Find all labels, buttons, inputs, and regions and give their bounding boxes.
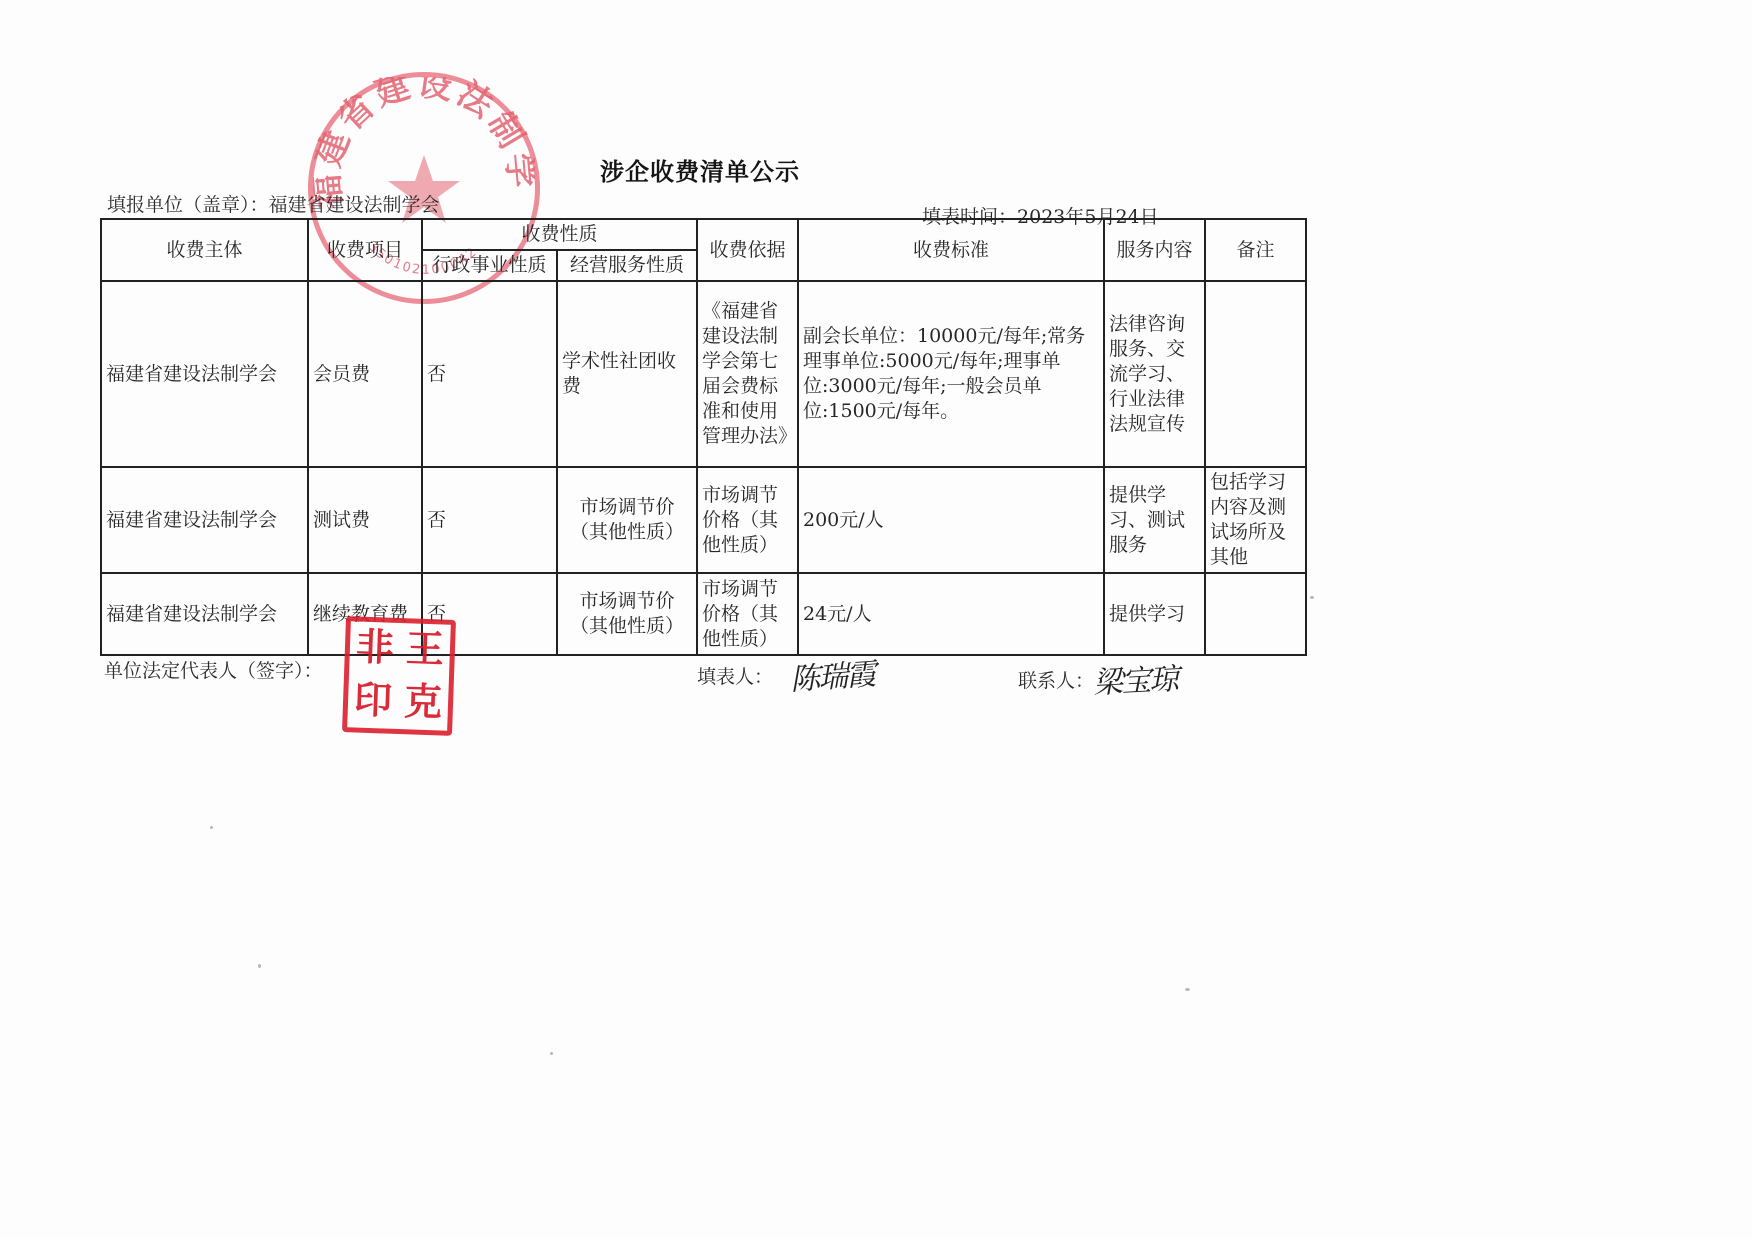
scan-speck [1310, 596, 1314, 599]
cell-basis: 市场调节价格（其他性质） [697, 467, 798, 573]
seal-char: 克 [397, 676, 449, 731]
header-item: 收费项目 [308, 219, 422, 281]
document-title: 涉企收费清单公示 [600, 152, 800, 187]
cell-standard: 24元/人 [798, 573, 1104, 655]
fee-list-table: 收费主体 收费项目 收费性质 收费依据 收费标准 服务内容 备注 行政事业性质 … [100, 218, 1307, 656]
header-service: 服务内容 [1104, 219, 1205, 281]
reporting-unit-label: 填报单位（盖章）： [107, 194, 269, 216]
cell-standard: 200元/人 [798, 467, 1104, 573]
scan-speck [1185, 988, 1190, 991]
cell-subject: 福建省建设法制学会 [101, 467, 308, 573]
header-remarks: 备注 [1205, 219, 1306, 281]
header-basis: 收费依据 [697, 219, 798, 281]
cell-remarks: 包括学习内容及测试场所及其他 [1205, 467, 1306, 573]
cell-basis: 市场调节价格（其他性质） [697, 573, 798, 655]
header-standard: 收费标准 [798, 219, 1104, 281]
cell-nature-admin: 否 [422, 467, 557, 573]
contact-label: 联系人： [1018, 666, 1094, 693]
cell-subject: 福建省建设法制学会 [101, 573, 308, 655]
legal-representative-label: 单位法定代表人（签字）： [104, 656, 323, 683]
reporting-unit-value: 福建省建设法制学会 [269, 194, 440, 216]
cell-item: 继续教育费 [308, 573, 422, 655]
header-nature: 收费性质 [422, 219, 697, 250]
scan-speck [258, 964, 261, 968]
table-row: 福建省建设法制学会 继续教育费 否 市场调节价（其他性质） 市场调节价格（其他性… [101, 573, 1306, 655]
filler-signature: 陈瑞霞 [789, 649, 876, 699]
cell-service: 提供学习、测试服务 [1104, 467, 1205, 573]
seal-char: 印 [347, 674, 399, 729]
cell-service: 法律咨询服务、交流学习、行业法律法规宣传 [1104, 281, 1205, 467]
table-row: 福建省建设法制学会 会员费 否 学术性社团收费 《福建省建设法制学会第七届会费标… [101, 281, 1306, 467]
scan-speck [550, 1052, 553, 1055]
reporting-unit: 填报单位（盖章）：福建省建设法制学会 [107, 190, 440, 217]
header-nature-admin: 行政事业性质 [422, 250, 557, 281]
cell-nature-admin: 否 [422, 281, 557, 467]
header-subject: 收费主体 [101, 219, 308, 281]
cell-remarks [1205, 281, 1306, 467]
cell-subject: 福建省建设法制学会 [101, 281, 308, 467]
cell-nature-business: 市场调节价（其他性质） [557, 467, 697, 573]
contact-signature: 梁宝琼 [1092, 654, 1178, 702]
cell-nature-business: 市场调节价（其他性质） [557, 573, 697, 655]
cell-item: 测试费 [308, 467, 422, 573]
filler-label: 填表人： [697, 662, 773, 689]
cell-item: 会员费 [308, 281, 422, 467]
cell-standard: 副会长单位：10000元/每年;常务理事单位:5000元/每年;理事单位:300… [798, 281, 1104, 467]
cell-service: 提供学习 [1104, 573, 1205, 655]
cell-remarks [1205, 573, 1306, 655]
table-row: 福建省建设法制学会 测试费 否 市场调节价（其他性质） 市场调节价格（其他性质）… [101, 467, 1306, 573]
cell-basis: 《福建省建设法制学会第七届会费标准和使用管理办法》 [697, 281, 798, 467]
cell-nature-business: 学术性社团收费 [557, 281, 697, 467]
header-nature-business: 经营服务性质 [557, 250, 697, 281]
cell-nature-admin: 否 [422, 573, 557, 655]
scan-speck [210, 826, 213, 829]
